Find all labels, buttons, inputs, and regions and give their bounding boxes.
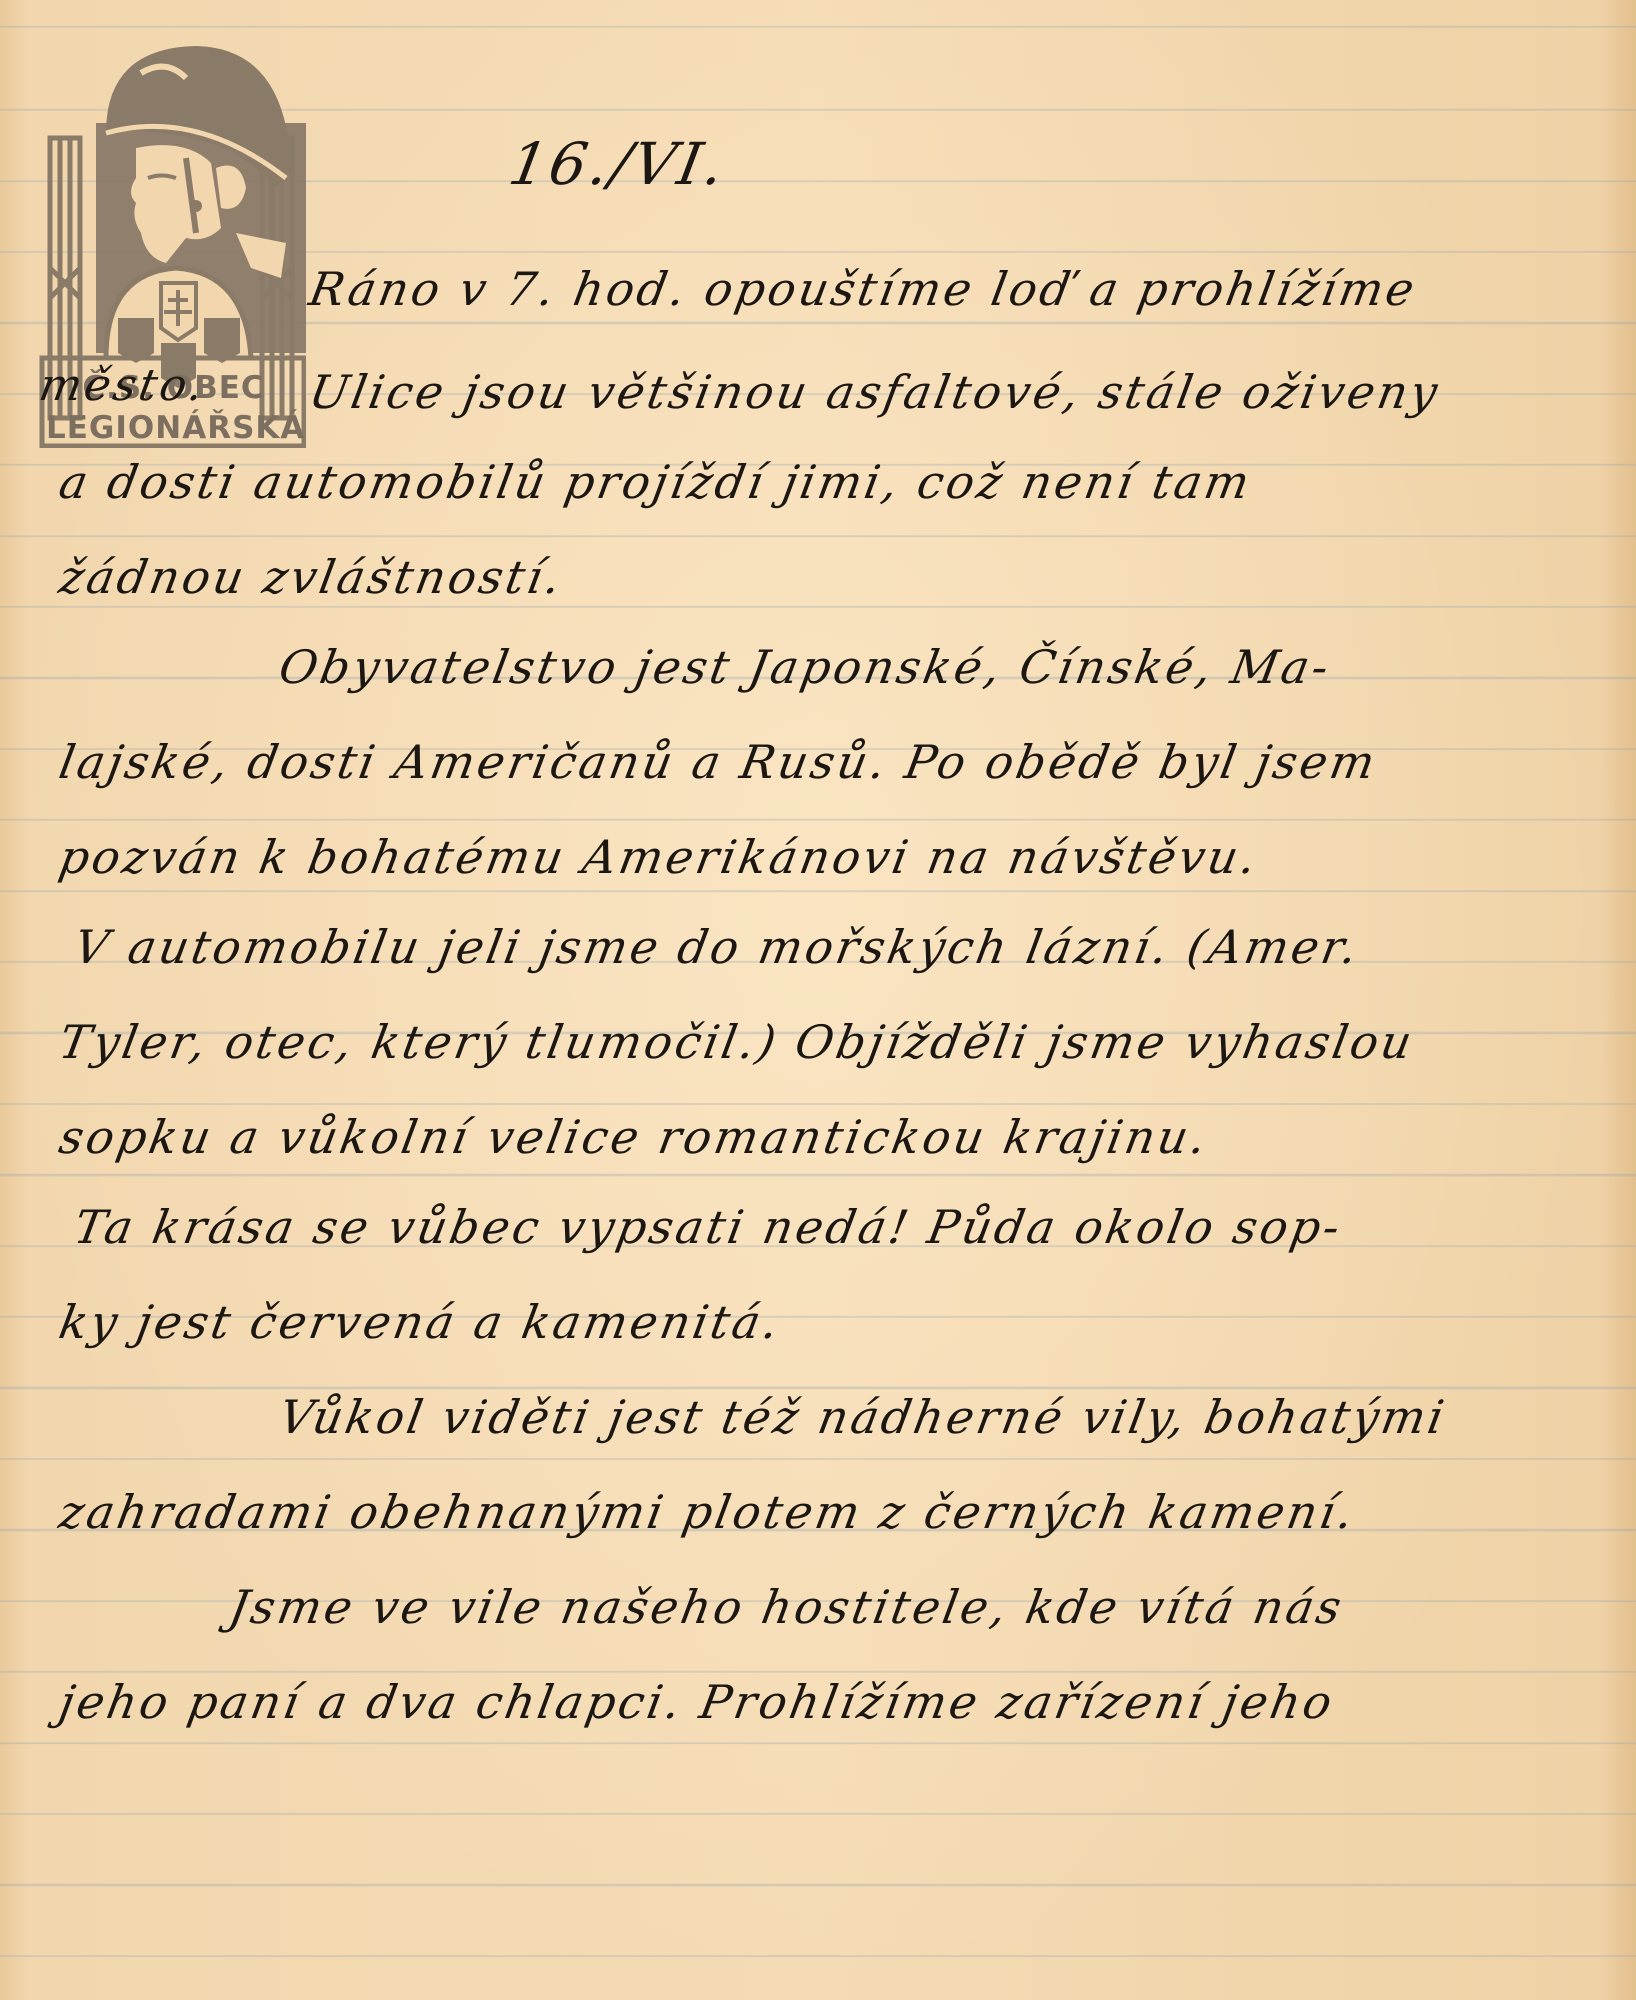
diary-line: ky jest červená a kamenitá. xyxy=(55,1295,785,1349)
diary-line: V automobilu jeli jsme do mořských lázní… xyxy=(70,920,1364,974)
diary-line: Ta krása se vůbec vypsati nedá! Půda oko… xyxy=(70,1200,1346,1254)
diary-line: pozván k bohatému Amerikánovi na návštěv… xyxy=(55,830,1263,884)
stamp-text-line2: LEGIONÁŘSKÁ xyxy=(46,410,301,446)
diary-line: lajské, dosti Američanů a Rusů. Po obědě… xyxy=(55,735,1382,789)
overlay-word: město. xyxy=(36,360,211,411)
diary-line: jeho paní a dva chlapci. Prohlížíme zaří… xyxy=(55,1675,1339,1729)
diary-line: sopku a vůkolní velice romantickou kraji… xyxy=(55,1110,1213,1164)
diary-page: Č.S. OBEC LEGIONÁŘSKÁ 16./VI. město. Rán… xyxy=(0,0,1636,2000)
diary-line: Tyler, otec, který tlumočil.) Objížděli … xyxy=(55,1015,1418,1069)
diary-line: Jsme ve vile našeho hostitele, kde vítá … xyxy=(225,1580,1348,1634)
diary-line: a dosti automobilů projíždí jimi, což ne… xyxy=(55,455,1256,509)
diary-line: zahradami obehnanými plotem z černých ka… xyxy=(55,1485,1360,1539)
entry-date: 16./VI. xyxy=(504,130,732,198)
diary-line: Ráno v 7. hod. opouštíme loď a prohlížím… xyxy=(305,262,1421,316)
diary-line: Vůkol viděti jest též nádherné vily, boh… xyxy=(275,1390,1451,1444)
diary-line: Ulice jsou většinou asfaltové, stále oži… xyxy=(305,365,1444,419)
diary-line: žádnou zvláštností. xyxy=(55,550,567,604)
diary-line: Obyvatelstvo jest Japonské, Čínské, Ma- xyxy=(275,640,1335,694)
